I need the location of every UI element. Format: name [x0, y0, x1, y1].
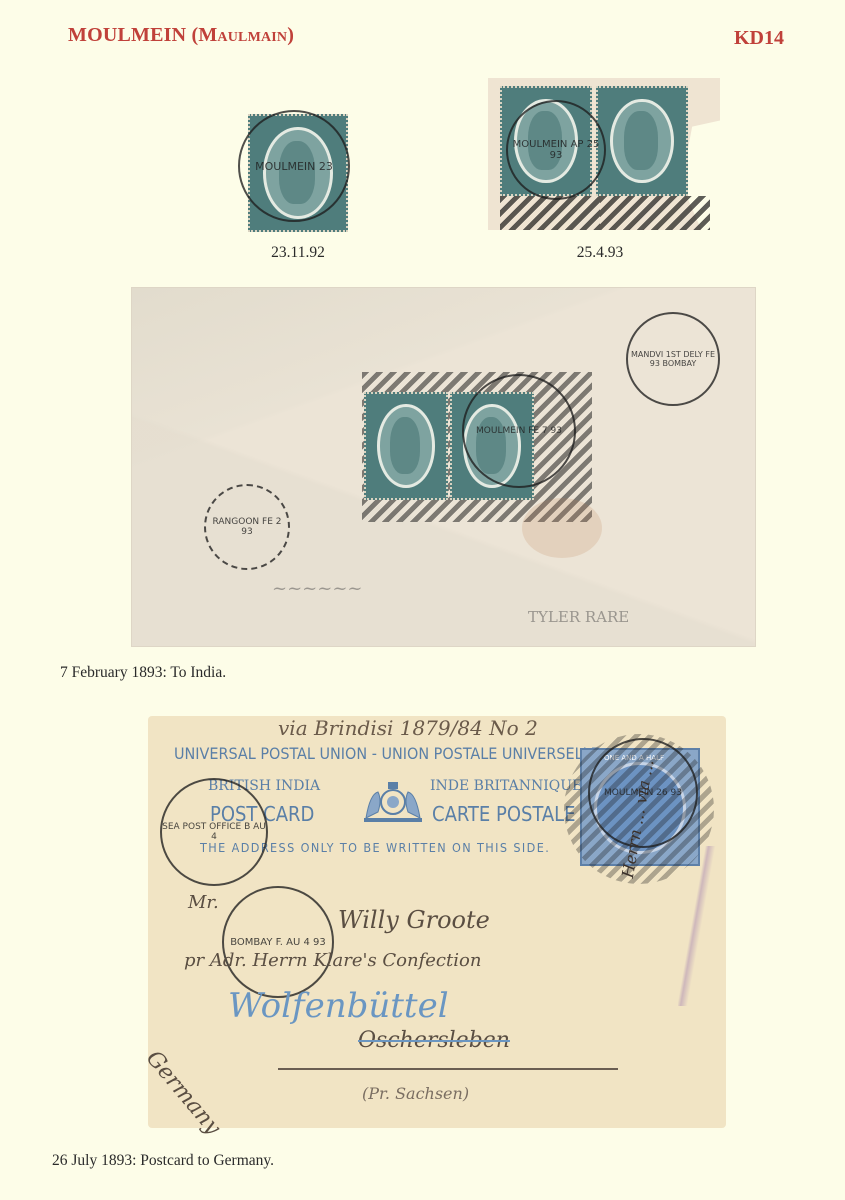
title-alt: (Maulmain) — [191, 24, 294, 46]
salutation: Mr. — [188, 892, 219, 913]
caption-cover: 7 February 1893: To India. — [60, 664, 226, 682]
caption-postcard: 26 July 1893: Postcard to Germany. — [52, 1152, 274, 1170]
postmark: MOULMEIN AP 25 93 — [506, 100, 606, 200]
cover: MOULMEIN FE 7 93 RANGOON FE 2 93 MANDVI … — [132, 288, 755, 646]
country-right: INDE BRITANNIQUE — [430, 778, 582, 794]
care-of-line: pr Adr. Herrn Klare's Confection — [184, 950, 481, 971]
page-code: KD14 — [734, 27, 784, 50]
postmark-text: RANGOON FE 2 93 — [206, 517, 288, 537]
duplex-bars — [500, 196, 600, 230]
postmark-bombay: MANDVI 1ST DELY FE 93 BOMBAY — [626, 312, 720, 406]
addressee-name: Willy Groote — [338, 906, 490, 934]
caption-stamp: 23.11.92 — [228, 244, 368, 262]
postmark-moulmein: MOULMEIN FE 7 93 — [462, 374, 576, 488]
postmark: MOULMEIN 23 — [238, 110, 350, 222]
postmark-text: MOULMEIN FE 7 93 — [476, 426, 562, 436]
postmark-text: MOULMEIN AP 25 93 — [508, 139, 604, 161]
postmark-sea-post-office: SEA POST OFFICE B AU 4 — [160, 778, 268, 886]
postmark-text: BOMBAY F. AU 4 93 — [230, 937, 326, 948]
upu-header: UNIVERSAL POSTAL UNION - UNION POSTALE U… — [174, 744, 600, 763]
postmark-rangoon: RANGOON FE 2 93 — [204, 484, 290, 570]
routing-note: via Brindisi 1879/84 No 2 — [278, 716, 538, 740]
title-main: MOULMEIN — [68, 24, 186, 46]
stamp-image — [596, 86, 688, 196]
title-right: CARTE POSTALE — [432, 802, 576, 826]
violet-mark — [678, 846, 718, 1006]
page-title: MOULMEIN (Maulmain) — [68, 24, 294, 47]
duplex-bars — [600, 196, 710, 230]
underline — [278, 1068, 618, 1070]
postmark-text: MANDVI 1ST DELY FE 93 BOMBAY — [628, 350, 718, 368]
postmark-text: MOULMEIN 23 — [255, 160, 333, 173]
pencil-note: TYLER RARE — [528, 608, 629, 626]
postmark-text: SEA POST OFFICE B AU 4 — [162, 822, 266, 842]
region: (Pr. Sachsen) — [362, 1084, 469, 1103]
royal-arms-icon — [358, 778, 428, 824]
struck-town: Oschersleben — [358, 1028, 510, 1053]
postcard: via Brindisi 1879/84 No 2 UNIVERSAL POST… — [148, 716, 726, 1128]
queen-head — [390, 417, 420, 474]
redirect-town: Wolfenbüttel — [228, 986, 449, 1026]
queen-head — [624, 111, 657, 169]
caption-piece: 25.4.93 — [530, 244, 670, 262]
pencil-signature: ~~~~~~ — [272, 578, 363, 599]
stain — [522, 498, 602, 558]
postmark-bombay: BOMBAY F. AU 4 93 — [222, 886, 334, 998]
stamp-image — [364, 392, 448, 500]
country: Germany — [141, 1046, 226, 1140]
